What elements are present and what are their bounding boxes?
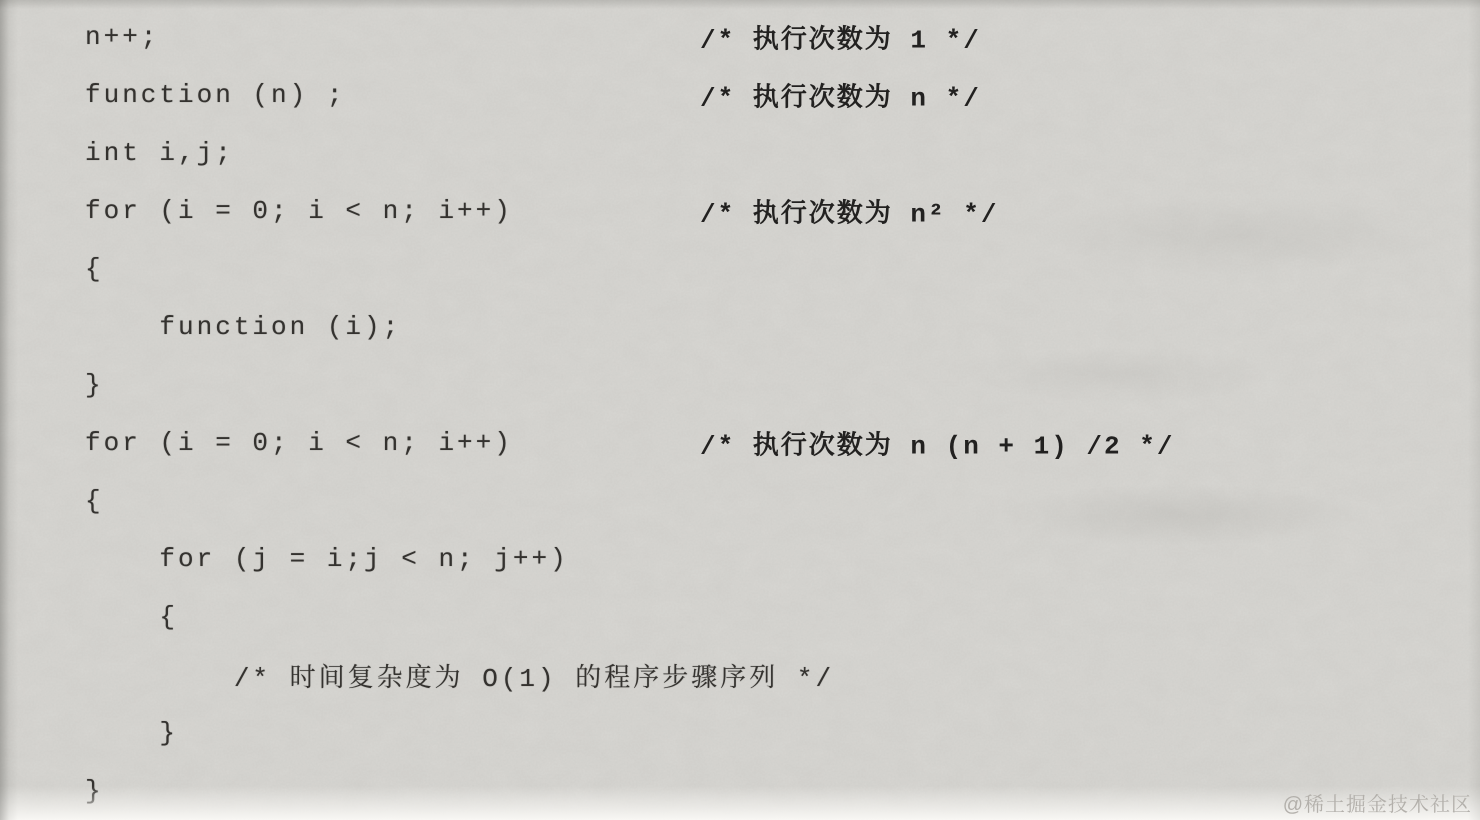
code-block: n++; /* 执行次数为 1 */ function (n) ; /* 执行次… [0, 0, 1480, 820]
code-line: int i,j; [85, 124, 1480, 182]
code-text: n++; [85, 22, 159, 52]
code-text: for (i = 0; i < n; i++) [85, 428, 513, 458]
code-line: for (j = i;j < n; j++) [85, 530, 1480, 588]
code-line: function (n) ; /* 执行次数为 n */ [85, 66, 1480, 124]
code-line: { [85, 588, 1480, 646]
comment-text: /* 执行次数为 n */ [700, 77, 981, 114]
code-text: for (j = i;j < n; j++) [85, 544, 569, 574]
code-line: } [85, 704, 1480, 762]
watermark: @稀土掘金技术社区 [1283, 788, 1472, 817]
comment-text: /* 执行次数为 n² */ [700, 193, 998, 230]
code-text: /* 时间复杂度为 O(1) 的程序步骤序列 */ [85, 657, 834, 694]
code-text: int i,j; [85, 138, 234, 168]
code-text: for (i = 0; i < n; i++) [85, 196, 513, 226]
code-line: n++; /* 执行次数为 1 */ [85, 8, 1480, 66]
code-line: } [85, 356, 1480, 414]
code-line: } [85, 762, 1480, 820]
code-text: { [85, 602, 178, 632]
comment-text: /* 执行次数为 1 */ [700, 19, 981, 56]
code-line: for (i = 0; i < n; i++) /* 执行次数为 n² */ [85, 182, 1480, 240]
code-text: } [85, 718, 178, 748]
scanned-book-page: n++; /* 执行次数为 1 */ function (n) ; /* 执行次… [0, 0, 1480, 820]
code-text: { [85, 254, 104, 284]
code-line: function (i); [85, 298, 1480, 356]
code-text: { [85, 486, 104, 516]
code-line: { [85, 240, 1480, 298]
code-line: for (i = 0; i < n; i++) /* 执行次数为 n (n + … [85, 414, 1480, 472]
code-text: function (n) ; [85, 80, 345, 110]
code-text: } [85, 370, 104, 400]
comment-text: /* 执行次数为 n (n + 1) /2 */ [700, 425, 1174, 462]
code-text: function (i); [85, 312, 401, 342]
code-line: { [85, 472, 1480, 530]
code-text: } [85, 776, 104, 806]
code-line: /* 时间复杂度为 O(1) 的程序步骤序列 */ [85, 646, 1480, 704]
